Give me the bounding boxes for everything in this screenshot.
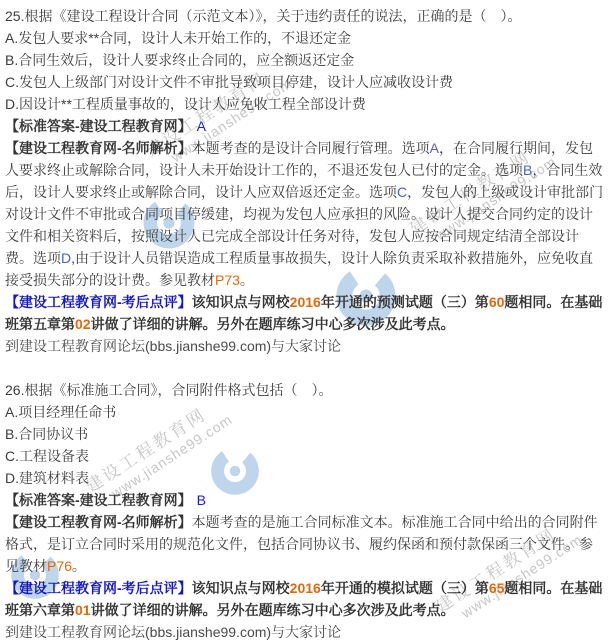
answer-line: 【标准答案-建设工程教育网】B [5, 489, 605, 511]
answer-label: 【标准答案-建设工程教育网】 [5, 118, 192, 134]
comment-label: 【建设工程教育网-考后点评】 [5, 294, 192, 310]
option-d: D.建筑材料表 [5, 467, 605, 489]
question-stem: 25.根据《建设工程设计合同（示范文本）》，关于违约责任的说法，正确的是（ ）。 [5, 5, 605, 27]
question-block-26: 26.根据《标准施工合同》，合同附件格式包括（ ）。 A.项目经理任命书 B.合… [5, 379, 605, 640]
answer-value: B [197, 492, 206, 508]
answer-label: 【标准答案-建设工程教育网】 [5, 492, 192, 508]
answer-line: 【标准答案-建设工程教育网】A [5, 115, 605, 137]
option-a: A.发包人要求**合同，设计人未开始工作的，不退还定金 [5, 27, 605, 49]
question-block-25: 25.根据《建设工程设计合同（示范文本）》，关于违约责任的说法，正确的是（ ）。… [5, 5, 605, 357]
comment-paragraph: 【建设工程教育网-考后点评】该知识点与网校2016年开通的模拟试题（三）第65题… [5, 577, 605, 621]
option-b: B.合同生效后，设计人要求终止合同的，应全额返还定金 [5, 49, 605, 71]
option-b: B.合同协议书 [5, 423, 605, 445]
comment-paragraph: 【建设工程教育网-考后点评】该知识点与网校2016年开通的预测试题（三）第60题… [5, 291, 605, 335]
analysis-label: 【建设工程教育网-名师解析】 [5, 140, 192, 156]
option-a: A.项目经理任命书 [5, 401, 605, 423]
question-stem: 26.根据《标准施工合同》，合同附件格式包括（ ）。 [5, 379, 605, 401]
analysis-paragraph: 【建设工程教育网-名师解析】本题考查的是设计合同履行管理。选项A，在合同履行期间… [5, 137, 605, 291]
forum-line: 到建设工程教育网论坛(bbs.jianshe99.com)与大家讨论 [5, 335, 605, 357]
answer-value: A [197, 118, 206, 134]
option-c: C.发包人上级部门对设计文件不审批导致项目停建，设计人应减收设计费 [5, 71, 605, 93]
option-d: D.因设计**工程质量事故的，设计人应免收工程全部设计费 [5, 93, 605, 115]
forum-line: 到建设工程教育网论坛(bbs.jianshe99.com)与大家讨论 [5, 621, 605, 640]
option-c: C.工程设备表 [5, 445, 605, 467]
analysis-label: 【建设工程教育网-名师解析】 [5, 514, 192, 530]
document-body: 25.根据《建设工程设计合同（示范文本）》，关于违约责任的说法，正确的是（ ）。… [0, 0, 610, 640]
exam-answer-page: { "watermark": { "cn": "建设工程教育网", "url":… [0, 0, 610, 640]
comment-label: 【建设工程教育网-考后点评】 [5, 580, 192, 596]
analysis-text: 本题考查的是设计合同履行管理。选项A，在合同履行期间，发包人要求终止或解除合同，… [5, 140, 603, 288]
analysis-paragraph: 【建设工程教育网-名师解析】本题考查的是施工合同标准文本。标准施工合同中给出的合… [5, 511, 605, 577]
